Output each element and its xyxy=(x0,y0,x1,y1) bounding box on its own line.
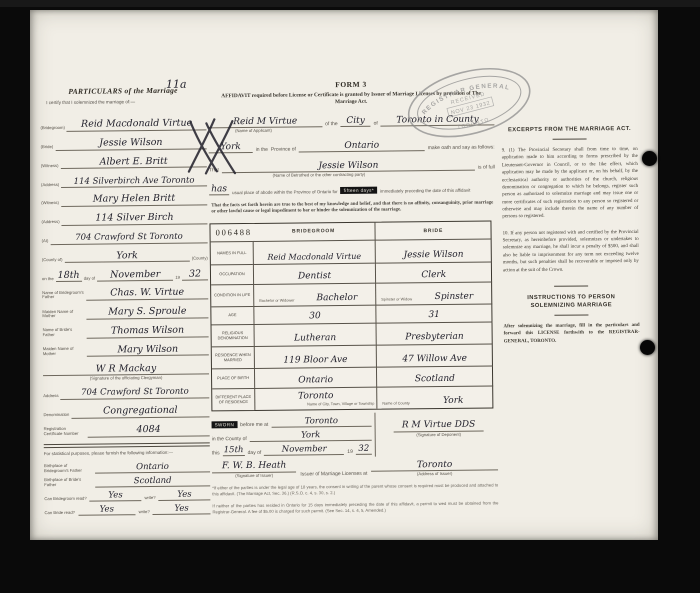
marriage-year-value: 32 xyxy=(182,269,208,281)
field-label: Address xyxy=(43,394,58,400)
cell-value: Jessie Wilson xyxy=(404,251,464,261)
printed-text: usual place of abode within the Province… xyxy=(232,189,337,195)
field-label: Name of Bridegroom's Father xyxy=(42,290,84,301)
occupation-groom-cell: Dentist xyxy=(253,263,375,284)
row-label-occupation: OCCUPATION xyxy=(211,264,253,284)
field-label: (Bride) xyxy=(41,145,54,151)
bride-father-value: Thomas Wilson xyxy=(87,325,209,338)
issuer-place-value: Toronto xyxy=(371,459,498,471)
printed-text: in the xyxy=(256,146,268,152)
abode-verb-value: has xyxy=(209,184,229,195)
stat-row: Can Bride read? Yes write? Yes xyxy=(44,500,210,516)
residence-groom-cell: 119 Bloor Ave xyxy=(254,345,376,368)
field-label: (County of) xyxy=(42,258,63,264)
sworn-chip: SWORN xyxy=(212,421,238,428)
witness2-address-value: 114 Silver Birch xyxy=(62,213,208,226)
registration-certificate-row: Registration Certificate Number 4084 xyxy=(43,417,209,438)
sworn-line-1: SWORN before me at Toronto xyxy=(211,416,371,429)
bride-father-birthplace-value: Scotland xyxy=(95,475,210,487)
municipality-type-value: City xyxy=(341,115,371,126)
clergy-address-row: Address 704 Crawford St Toronto xyxy=(43,380,209,401)
date-mid-label: day of xyxy=(84,276,95,282)
sworn-divider-rule xyxy=(374,413,375,457)
instructions-title: INSTRUCTIONS TO PERSON SOLEMNIZING MARRI… xyxy=(507,293,635,311)
residence-bride-cell: 47 Willow Ave xyxy=(376,343,493,366)
birthplace-groom-cell: Ontario xyxy=(254,367,376,388)
registrar-general-stamp: REGISTRAR GENERAL RECEIVED NOV 23 1932 T… xyxy=(400,63,539,142)
cell-value: Toronto xyxy=(298,392,333,401)
row-label-residence: RESIDENCE WHEN MARRIED xyxy=(212,346,254,368)
bridegroom-bride-table: 006488 BRIDEGROOM BRIDE NAMES IN FULL Re… xyxy=(209,220,493,411)
printed-text: day of xyxy=(248,450,262,456)
printed-text: is of full xyxy=(478,164,495,170)
sworn-section: R M Virtue DDS (Signature of Deponent) S… xyxy=(211,411,498,515)
row-label-birthplace: PLACE OF BIRTH xyxy=(212,368,254,388)
printed-text: 19 xyxy=(347,449,353,455)
fine-print-1: *If either of the parties is under the l… xyxy=(212,482,498,496)
table-header-left: 006488 BRIDEGROOM xyxy=(210,223,374,242)
sworn-place-value: Toronto xyxy=(271,416,371,428)
marriage-month-value: November xyxy=(97,269,173,281)
cell-value: Bachelor xyxy=(316,294,357,303)
groom-write-value: Yes xyxy=(159,489,211,501)
excerpt-paragraph-9: 9. (1) The Provincial Secretary shall fr… xyxy=(502,146,639,221)
marriage-day-value: 18th xyxy=(56,270,82,282)
bride-write-value: Yes xyxy=(153,503,211,515)
witness2-value: Mary Helen Britt xyxy=(61,194,207,207)
issuer-address-caption: (Address of Issuer) xyxy=(417,471,452,476)
groom-mother-value: Mary S. Sproule xyxy=(86,307,208,320)
cell-value: Clerk xyxy=(421,271,446,280)
printed-text: in the County of xyxy=(212,436,247,442)
deponent-signature-block: R M Virtue DDS (Signature of Deponent) xyxy=(383,413,493,437)
county-value: York xyxy=(64,250,189,263)
section-divider xyxy=(44,442,210,448)
stat-row: Birthplace of Bride's Father Scotland xyxy=(44,472,210,488)
stat-row: Birthplace of Bridegroom's Father Ontari… xyxy=(44,458,210,474)
scan-edge-strip xyxy=(0,0,700,7)
sworn-year-value: 32 xyxy=(356,444,372,455)
field-label: Maiden Name of Mother xyxy=(43,347,85,358)
issuer-signature: F. W. B. Heath xyxy=(212,461,296,474)
names-bride-cell: Jessie Wilson xyxy=(375,238,492,262)
instructions-text: After solemnizing the marriage, fill in … xyxy=(504,322,640,346)
stat-label: Can Bride read? xyxy=(44,511,75,516)
groom-father-value: Chas. W. Virtue xyxy=(86,288,208,301)
handwritten-x-marks xyxy=(180,111,247,182)
certify-line: I certify that I solemnized the marriage… xyxy=(46,98,206,105)
cell-caption: Name of County xyxy=(382,401,409,405)
field-label: (Address) xyxy=(41,220,59,226)
stat-row: Can Bridegroom read? Yes write? Yes xyxy=(44,486,210,502)
hole-punch-dot xyxy=(642,151,657,166)
field-label: (Witness) xyxy=(41,164,59,170)
row-label-names: NAMES IN FULL xyxy=(211,241,253,264)
excerpt-paragraph-10: 10. If any person not registered with an… xyxy=(503,229,639,275)
sworn-line-3: this 15th day of November 19 32 xyxy=(212,444,372,457)
printed-text: of the xyxy=(325,121,338,127)
sworn-line-2: in the County of York xyxy=(212,430,372,443)
sworn-month-value: November xyxy=(264,444,344,456)
names-groom-cell: Reid Macdonald Virtue xyxy=(253,240,375,264)
particulars-row: Name of Bridegroom's Father Chas. W. Vir… xyxy=(42,281,208,302)
religion-bride-cell: Presbyterian xyxy=(376,321,493,344)
fifteen-days-chip: fifteen days* xyxy=(341,186,378,193)
cell-value: Dentist xyxy=(298,272,331,281)
field-label: Registration Certificate Number xyxy=(44,427,86,438)
clergy-signature-row: W R Mackay xyxy=(43,356,209,377)
bridegroom-column-header: BRIDEGROOM xyxy=(253,228,375,235)
field-label: (At) xyxy=(42,239,49,245)
particulars-row: (Witness) Mary Helen Britt xyxy=(41,187,207,208)
stat-label: Birthplace of Bridegroom's Father xyxy=(44,464,92,474)
clergy-signature: W R Mackay xyxy=(43,363,209,376)
excerpts-section: EXCERPTS FROM THE MARRIAGE ACT. 9. (1) T… xyxy=(501,125,639,355)
scanned-marriage-record: { "page_note": "11a", "particulars": { "… xyxy=(0,0,700,593)
cell-value: York xyxy=(443,397,463,406)
printed-text: make oath and say as follows: xyxy=(428,144,495,151)
hole-punch-dot xyxy=(640,340,655,355)
stat-label: Can Bridegroom read? xyxy=(44,497,86,502)
field-label: (Address) xyxy=(41,183,59,189)
denomination-row: Denomination Congregational xyxy=(43,398,209,419)
cell-caption: Bachelor or Widower xyxy=(259,298,294,303)
bride-column-header: BRIDE xyxy=(374,221,491,239)
rule-divider xyxy=(553,139,587,140)
field-label: Name of Bride's Father xyxy=(43,328,85,339)
cell-value: 30 xyxy=(309,312,321,321)
groom-read-value: Yes xyxy=(90,490,142,502)
cell-value: Spinster xyxy=(435,293,474,302)
printed-text: Province of xyxy=(271,146,296,152)
marriage-date-row: on the 18th day of November 19 32 xyxy=(42,262,208,283)
particulars-row: Maiden Name of Mother Mary S. Sproule xyxy=(42,299,208,320)
particulars-title: PARTICULARS of the Marriage xyxy=(40,85,206,96)
facts-paragraph: That the facts set forth herein are true… xyxy=(211,200,493,216)
cell-caption: Name of City, Town, Village or Township xyxy=(307,402,374,407)
deponent-signature: R M Virtue DDS xyxy=(394,420,484,433)
rule-divider xyxy=(554,315,588,316)
row-label-condition: CONDITION IN LIFE xyxy=(211,284,253,306)
issuer-address-block: Toronto (Address of Issuer) xyxy=(371,459,498,476)
printed-text: this xyxy=(212,450,220,456)
cell-value: 31 xyxy=(428,311,440,320)
cell-value: 47 Willow Ave xyxy=(402,355,467,365)
clergy-address-value: 704 Crawford St Toronto xyxy=(61,388,210,400)
field-suffix-label: (County) xyxy=(192,256,208,262)
printed-text: Issuer of Marriage Licenses at xyxy=(300,471,367,478)
row-label-age: AGE xyxy=(211,306,253,324)
age-bride-cell: 31 xyxy=(375,303,492,322)
sworn-county-value: York xyxy=(250,430,372,442)
stat-label: Birthplace of Bride's Father xyxy=(44,478,92,488)
groom-father-birthplace-value: Ontario xyxy=(95,461,210,473)
row-label-different-residence: DIFFERENT PLACE OF RESIDENCE xyxy=(212,388,254,410)
cell-value: Ontario xyxy=(298,376,333,385)
document-page: 11a PARTICULARS of the Marriage I certif… xyxy=(30,10,658,540)
particulars-row: (Address) 114 Silver Birch xyxy=(41,205,207,226)
occupation-bride-cell: Clerk xyxy=(375,261,492,282)
cell-value: Presbyterian xyxy=(405,333,464,343)
issuer-line: F. W. B. Heath (Signature of Issuer) Iss… xyxy=(212,458,498,478)
condition-bride-cell: Spinster or Widow Spinster xyxy=(375,281,492,304)
bride-mother-value: Mary Wilson xyxy=(87,344,209,357)
page-content: 11a PARTICULARS of the Marriage I certif… xyxy=(27,7,661,544)
stat-mid-label: write? xyxy=(139,510,150,515)
birthplace-bride-cell: Scotland xyxy=(376,365,493,386)
particulars-row: (At) 704 Crawford St Toronto xyxy=(41,224,207,245)
printed-text: of xyxy=(374,120,378,126)
year-prefix-label: 19 xyxy=(175,275,180,281)
issuer-signature-caption: (Signature of Issuer) xyxy=(235,473,273,478)
particulars-row: Name of Bride's Father Thomas Wilson xyxy=(42,318,208,339)
cell-value: Reid Macdonald Virtue xyxy=(267,253,361,262)
stat-mid-label: write? xyxy=(144,496,155,501)
field-label: (Witness) xyxy=(41,201,59,207)
particulars-row: Maiden Name of Mother Mary Wilson xyxy=(43,337,209,358)
date-prefix-label: on the xyxy=(42,277,54,283)
issuer-signature-block: F. W. B. Heath (Signature of Issuer) xyxy=(212,461,296,479)
field-label: Denomination xyxy=(43,413,69,419)
sworn-day-value: 15th xyxy=(223,445,245,456)
denomination-value: Congregational xyxy=(71,406,209,419)
cell-value: Lutheran xyxy=(294,334,336,343)
field-label: (Bridegroom) xyxy=(40,126,64,132)
printed-text: before me at xyxy=(240,422,268,428)
cell-value: Scotland xyxy=(415,375,455,384)
bride-read-value: Yes xyxy=(78,504,136,516)
certificate-number-value: 4084 xyxy=(88,424,210,437)
condition-groom-cell: Bachelor or Widower Bachelor xyxy=(253,283,375,306)
printed-text: immediately preceding the date of this a… xyxy=(380,187,470,193)
cell-value: 119 Bloor Ave xyxy=(283,356,347,366)
different-bride-cell: Name of County York xyxy=(376,385,493,408)
field-label: Maiden Name of Mother xyxy=(42,309,84,320)
row-label-religion: RELIGIOUS DENOMINATION xyxy=(212,324,254,346)
particulars-row: (County of) York (County) xyxy=(42,243,208,264)
registration-number: 006488 xyxy=(215,227,251,237)
affidavit-line-4: has usual place of abode within the Prov… xyxy=(209,181,495,195)
statistics-note: For statistical purposes, please furnish… xyxy=(44,449,210,456)
betrothed-name-value: Jessie Wilson xyxy=(222,159,475,173)
cell-caption: Spinster or Widow xyxy=(381,297,412,301)
fine-print-2: If neither of the parties has resided in… xyxy=(212,501,498,515)
religion-groom-cell: Lutheran xyxy=(254,323,376,346)
rule-divider xyxy=(554,285,588,286)
age-groom-cell: 30 xyxy=(253,305,375,324)
marriage-place-value: 704 Crawford St Toronto xyxy=(50,233,207,245)
different-groom-cell: Toronto Name of City, Town, Village or T… xyxy=(254,387,376,410)
